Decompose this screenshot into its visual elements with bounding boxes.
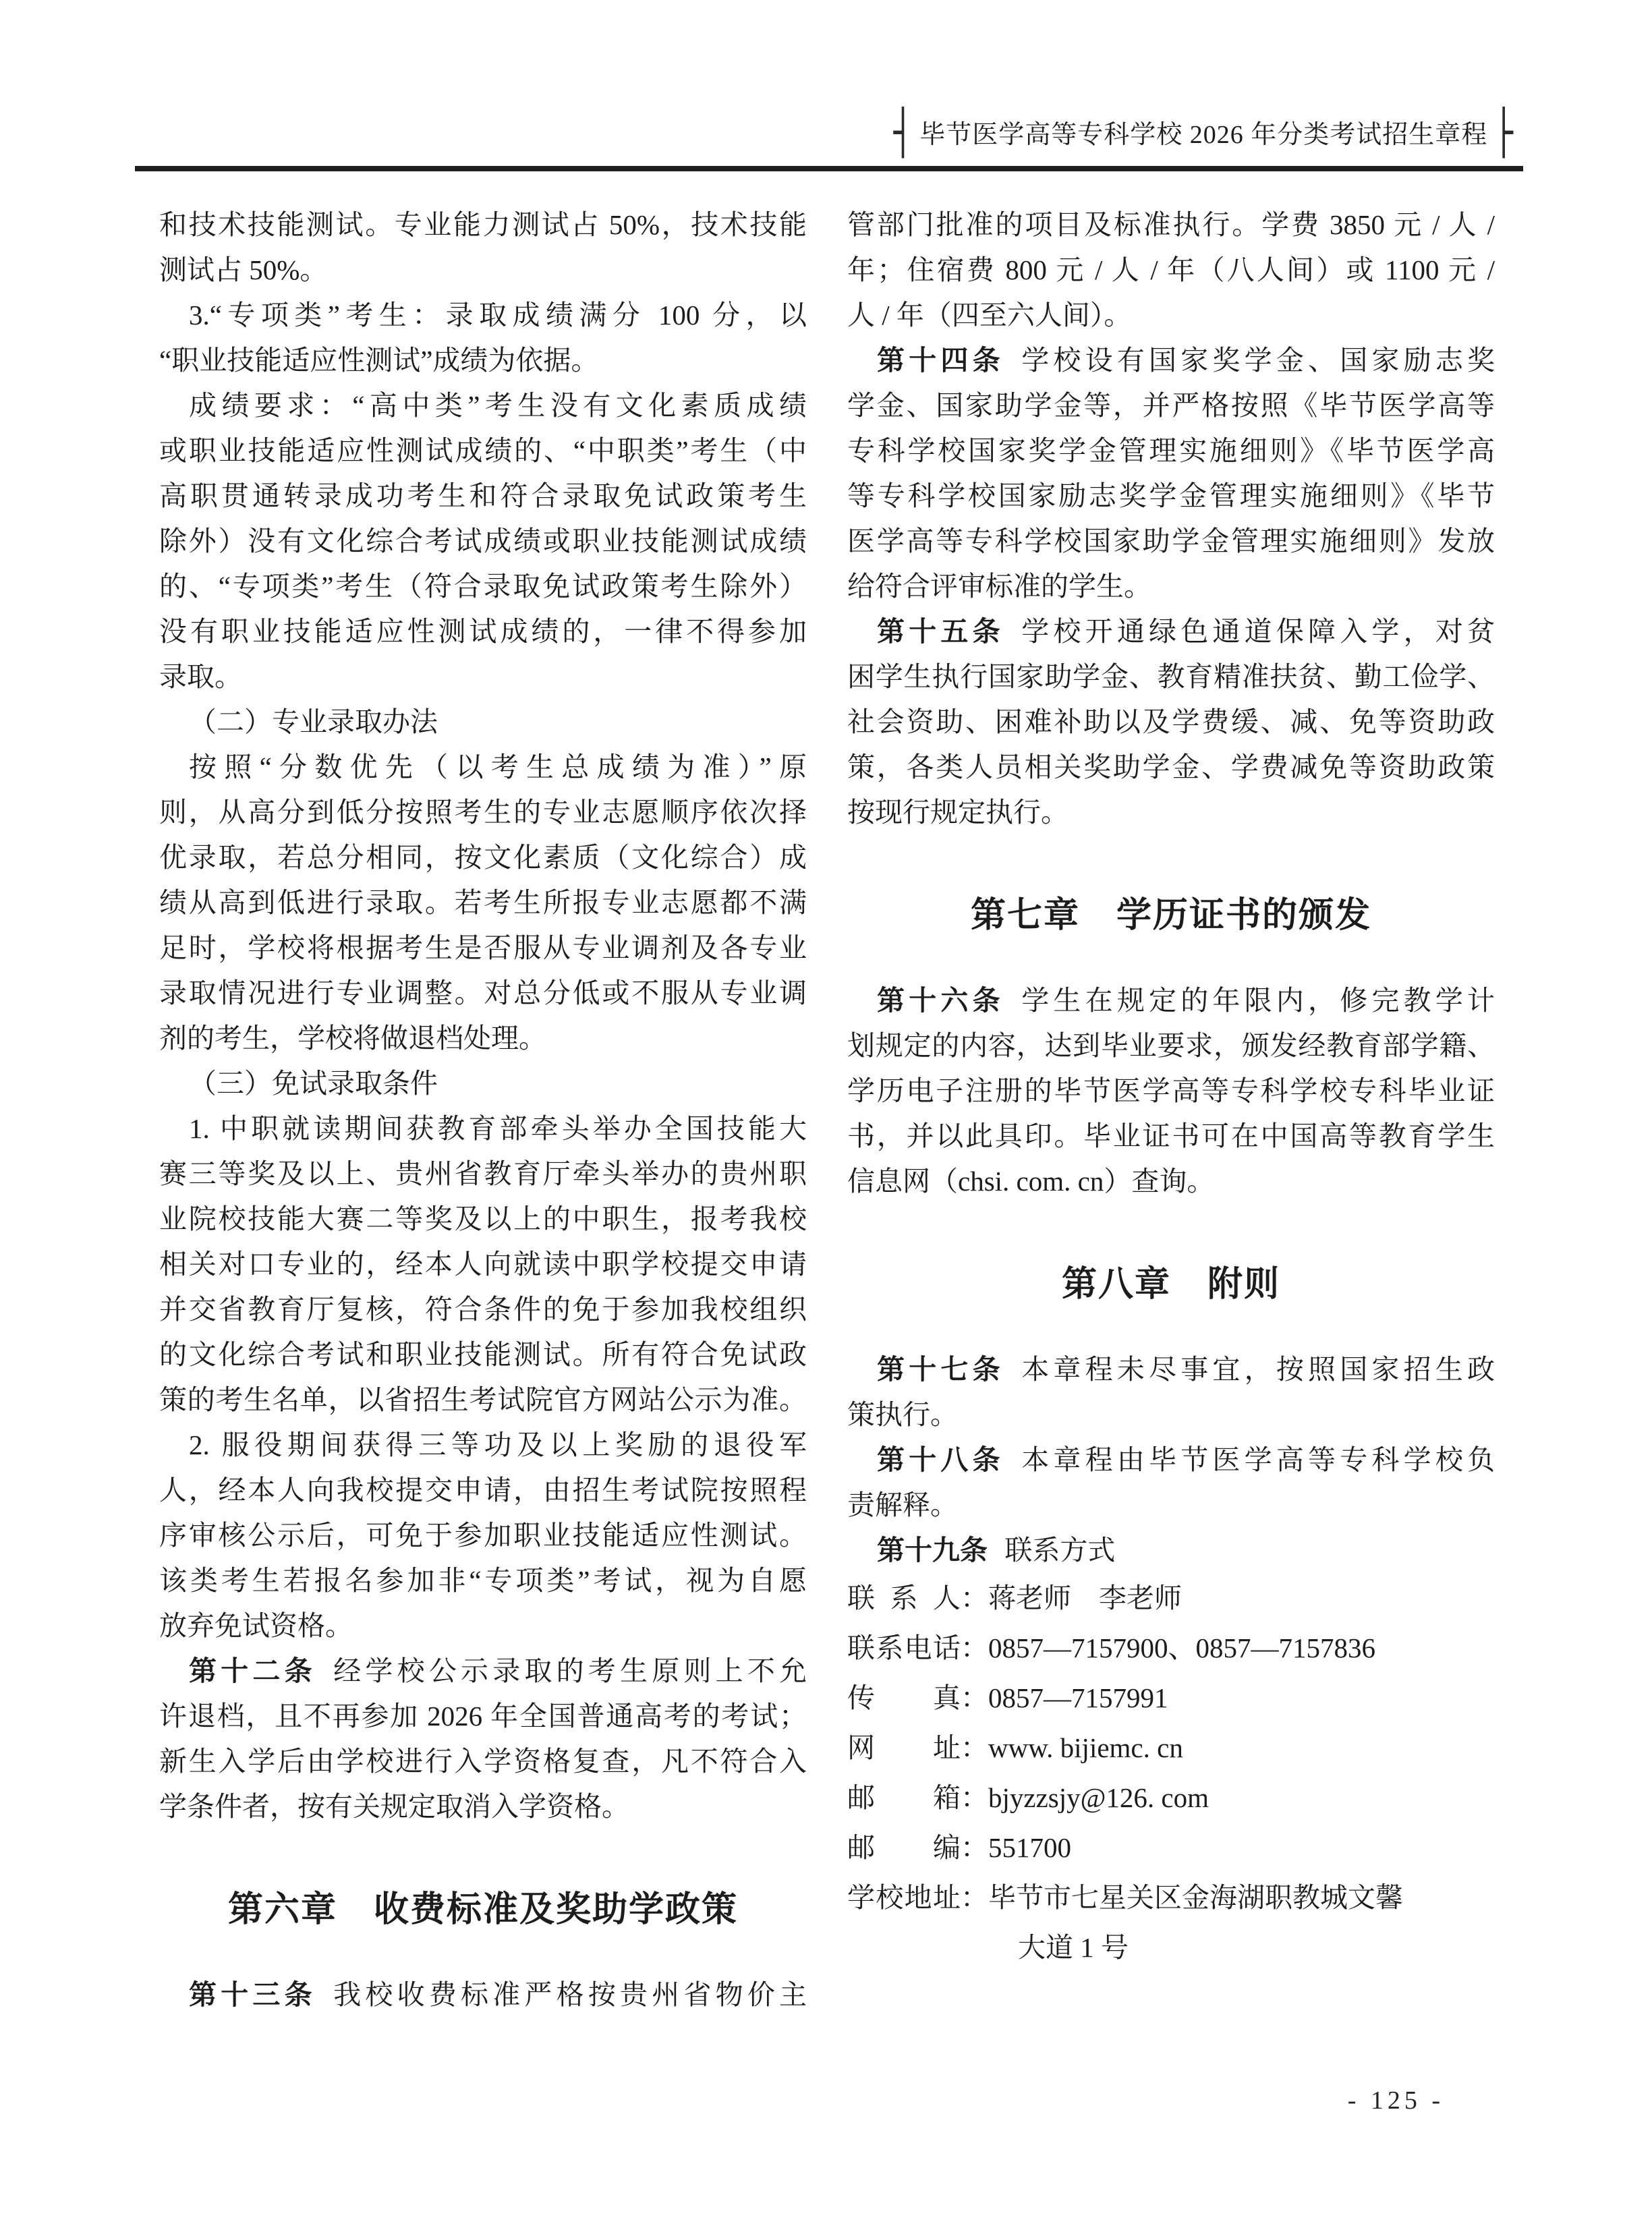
text-line: 高职贯通转录成功考生和符合录取免试政策考生 — [159, 474, 807, 519]
article-text: 我校收费标准严格按贵州省物价主 — [333, 1979, 807, 2010]
address-continuation-line: 大道 1 号 — [847, 1922, 1495, 1972]
text-line: 人 / 年（四至六人间）。 — [847, 293, 1495, 338]
text-line: 的、“专项类”考生（符合录取免试政策考生除外） — [159, 564, 807, 609]
chapter-heading: 第六章 收费标准及奖助学政策 — [159, 1886, 807, 1933]
contact-colon: ： — [961, 1732, 988, 1763]
text-line: 策执行。 — [847, 1392, 1495, 1437]
text-line: 则，从高分到低分按照考生的专业志愿顺序依次择 — [159, 790, 807, 835]
article-number: 第十九条 — [877, 1535, 988, 1566]
text-line: 管部门批准的项目及标准执行。学费 3850 元 / 人 / — [847, 202, 1495, 248]
text-line: 策，各类人员相关奖助学金、学费减免等资助政策 — [847, 745, 1495, 790]
text-line: 书，并以此具印。毕业证书可在中国高等教育学生 — [847, 1114, 1495, 1159]
text-line: 并交省教育厅复核，符合条件的免于参加我校组织 — [159, 1287, 807, 1332]
article-line: 第十九条联系方式 — [847, 1528, 1495, 1573]
article-line: 第十三条我校收费标准严格按贵州省物价主 — [159, 1972, 807, 2018]
right-column: 管部门批准的项目及标准执行。学费 3850 元 / 人 /年；住宿费 800 元… — [847, 202, 1495, 2018]
text-line: 序审核公示后，可免于参加职业技能适应性测试。 — [159, 1513, 807, 1558]
text-line: 放弃免试资格。 — [159, 1603, 807, 1649]
document-page: ┤ 毕节医学高等专科学校 2026 年分类考试招生章程 ├ 和技术技能测试。专业… — [0, 0, 1652, 2226]
text-line: 或职业技能适应性测试成绩的、“中职类”考生（中 — [159, 428, 807, 474]
article-number: 第十三条 — [189, 1979, 316, 2010]
text-line: 3.“专项类”考生：录取成绩满分 100 分，以 — [159, 293, 807, 338]
contact-value: bjyzzsjy@126. com — [988, 1782, 1209, 1813]
contact-label: 邮箱 — [847, 1773, 961, 1823]
article-number: 第十四条 — [877, 345, 1004, 376]
text-line: 年；住宿费 800 元 / 人 / 年（八人间）或 1100 元 / — [847, 248, 1495, 293]
article-number: 第十六条 — [877, 985, 1004, 1016]
contact-value: 0857—7157991 — [988, 1682, 1168, 1713]
text-line: 学历电子注册的毕节医学高等专科学校专科毕业证 — [847, 1068, 1495, 1114]
text-line: 足时，学校将根据考生是否服从专业调剂及各专业 — [159, 925, 807, 971]
header-rule — [135, 166, 1523, 171]
article-text: 联系方式 — [1004, 1535, 1115, 1566]
contact-value: 0857—7157900、0857—7157836 — [988, 1632, 1375, 1663]
article-number: 第十八条 — [877, 1444, 1004, 1475]
text-line: 和技术技能测试。专业能力测试占 50%，技术技能 — [159, 202, 807, 248]
text-line: 按现行规定执行。 — [847, 790, 1495, 835]
text-line: 划规定的内容，达到毕业要求，颁发经教育部学籍、 — [847, 1023, 1495, 1068]
text-line: 没有职业技能适应性测试成绩的，一律不得参加 — [159, 609, 807, 654]
text-line: 录取。 — [159, 654, 807, 700]
contact-colon: ： — [961, 1882, 988, 1913]
text-line: （二）专业录取办法 — [159, 700, 807, 745]
chapter-heading: 第七章 学历证书的颁发 — [847, 892, 1495, 939]
contact-colon: ： — [961, 1582, 988, 1614]
article-text: 本章程未尽事宜，按照国家招生政 — [1021, 1354, 1495, 1385]
page-header: ┤ 毕节医学高等专科学校 2026 年分类考试招生章程 ├ — [894, 113, 1514, 150]
text-line: 的文化综合考试和职业技能测试。所有符合免试政 — [159, 1332, 807, 1377]
contact-value: 551700 — [988, 1832, 1071, 1863]
contact-row: 邮箱：bjyzzsjy@126. com — [847, 1773, 1495, 1823]
text-line: 优录取，若总分相同，按文化素质（文化综合）成 — [159, 835, 807, 880]
contact-value: 毕节市七星关区金海湖职教城文馨 — [988, 1882, 1403, 1913]
contact-row: 联系人：蒋老师 李老师 — [847, 1573, 1495, 1623]
page-header-title: 毕节医学高等专科学校 2026 年分类考试招生章程 — [919, 113, 1487, 150]
article-line: 第十五条学校开通绿色通道保障入学，对贫 — [847, 609, 1495, 654]
contact-label: 传真 — [847, 1673, 961, 1723]
text-line: 剂的考生，学校将做退档处理。 — [159, 1016, 807, 1061]
contact-label: 学校地址 — [847, 1873, 961, 1922]
two-column-text: 和技术技能测试。专业能力测试占 50%，技术技能测试占 50%。3.“专项类”考… — [159, 202, 1495, 2018]
article-text: 学校开通绿色通道保障入学，对贫 — [1021, 616, 1495, 647]
article-number: 第十二条 — [189, 1655, 316, 1686]
text-line: 1. 中职就读期间获教育部牵头举办全国技能大 — [159, 1106, 807, 1151]
contact-row: 传真：0857—7157991 — [847, 1673, 1495, 1723]
article-number: 第十五条 — [877, 616, 1004, 647]
text-line: 绩从高到低进行录取。若考生所报专业志愿都不满 — [159, 880, 807, 925]
text-line: “职业技能适应性测试”成绩为依据。 — [159, 338, 807, 383]
text-line: 信息网（chsi. com. cn）查询。 — [847, 1159, 1495, 1204]
contact-colon: ： — [961, 1632, 988, 1663]
contact-label: 联系人 — [847, 1573, 961, 1623]
left-column: 和技术技能测试。专业能力测试占 50%，技术技能测试占 50%。3.“专项类”考… — [159, 202, 807, 2018]
contact-row: 联系电话：0857—7157900、0857—7157836 — [847, 1623, 1495, 1673]
article-number: 第十七条 — [877, 1354, 1004, 1385]
text-line: 成绩要求：“高中类”考生没有文化素质成绩 — [159, 383, 807, 428]
text-line: 人，经本人向我校提交申请，由招生考试院按照程 — [159, 1468, 807, 1513]
article-line: 第十七条本章程未尽事宜，按照国家招生政 — [847, 1347, 1495, 1392]
text-line: 策的考生名单，以省招生考试院官方网站公示为准。 — [159, 1377, 807, 1423]
text-line: 赛三等奖及以上、贵州省教育厅牵头举办的贵州职 — [159, 1151, 807, 1197]
text-line: 专科学校国家奖学金管理实施细则》《毕节医学高 — [847, 428, 1495, 474]
text-line: 学条件者，按有关规定取消入学资格。 — [159, 1784, 807, 1829]
article-line: 第十八条本章程由毕节医学高等专科学校负 — [847, 1437, 1495, 1483]
text-line: 测试占 50%。 — [159, 248, 807, 293]
contact-colon: ： — [961, 1782, 988, 1813]
article-text: 经学校公示录取的考生原则上不允 — [333, 1655, 807, 1686]
text-line: 社会资助、困难补助以及学费缓、减、免等资助政 — [847, 700, 1495, 745]
text-line: 责解释。 — [847, 1483, 1495, 1528]
text-line: 新生入学后由学校进行入学资格复查，凡不符合入 — [159, 1739, 807, 1784]
contact-value: www. bijiemc. cn — [988, 1732, 1183, 1763]
contact-row: 学校地址：毕节市七星关区金海湖职教城文馨 — [847, 1873, 1495, 1922]
text-line: 录取情况进行专业调整。对总分低或不服从专业调 — [159, 971, 807, 1016]
article-line: 第十二条经学校公示录取的考生原则上不允 — [159, 1649, 807, 1694]
contact-row: 邮编：551700 — [847, 1823, 1495, 1873]
article-line: 第十六条学生在规定的年限内，修完教学计 — [847, 978, 1495, 1023]
text-line: 许退档，且不再参加 2026 年全国普通高考的考试； — [159, 1694, 807, 1739]
page-number: - 125 - — [1348, 2086, 1444, 2115]
contact-label: 网址 — [847, 1723, 961, 1773]
contact-row: 网址：www. bijiemc. cn — [847, 1723, 1495, 1773]
text-line: （三）免试录取条件 — [159, 1061, 807, 1106]
header-left-tick-icon: ┤ — [894, 110, 913, 153]
text-line: 该类考生若报名参加非“专项类”考试，视为自愿 — [159, 1558, 807, 1603]
text-line: 按照“分数优先（以考生总成绩为准）”原 — [159, 745, 807, 790]
header-right-tick-icon: ├ — [1494, 110, 1514, 153]
contact-colon: ： — [961, 1832, 988, 1863]
contact-value: 蒋老师 李老师 — [988, 1582, 1182, 1614]
text-line: 给符合评审标准的学生。 — [847, 564, 1495, 609]
contact-colon: ： — [961, 1682, 988, 1713]
text-line: 困学生执行国家助学金、教育精准扶贫、勤工俭学、 — [847, 654, 1495, 700]
article-text: 学生在规定的年限内，修完教学计 — [1021, 985, 1495, 1016]
text-line: 2. 服役期间获得三等功及以上奖励的退役军 — [159, 1423, 807, 1468]
article-text: 学校设有国家奖学金、国家励志奖 — [1021, 345, 1495, 376]
chapter-heading: 第八章 附则 — [847, 1261, 1495, 1308]
text-line: 等专科学校国家励志奖学金管理实施细则》《毕节 — [847, 474, 1495, 519]
text-line: 学金、国家助学金等，并严格按照《毕节医学高等 — [847, 383, 1495, 428]
text-line: 除外）没有文化综合考试成绩或职业技能测试成绩 — [159, 519, 807, 564]
contact-label: 联系电话 — [847, 1623, 961, 1673]
contact-label: 邮编 — [847, 1823, 961, 1873]
text-line: 业院校技能大赛二等奖及以上的中职生，报考我校 — [159, 1197, 807, 1242]
text-line: 相关对口专业的，经本人向就读中职学校提交申请 — [159, 1242, 807, 1287]
article-text: 本章程由毕节医学高等专科学校负 — [1021, 1444, 1495, 1475]
text-line: 医学高等专科学校国家助学金管理实施细则》发放 — [847, 519, 1495, 564]
article-line: 第十四条学校设有国家奖学金、国家励志奖 — [847, 338, 1495, 383]
